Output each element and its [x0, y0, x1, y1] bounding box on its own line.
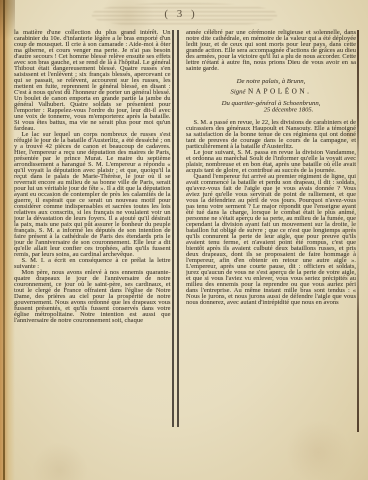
page-edge-mark: [357, 30, 359, 432]
right-paragraph-2: Le jour suivant, S. M. passa en revue la…: [186, 149, 356, 173]
left-column-text: la matière d'une collection du plus gran…: [14, 29, 171, 323]
right-paragraph-3: Quand l'empereur fut arrivé au premier r…: [186, 173, 356, 305]
signature-line: SignéNAPOLÉON.: [186, 89, 356, 95]
page-number: ( 3 ): [0, 8, 360, 20]
column-divider-rule: [172, 30, 179, 427]
scanned-gazette-page: ( 3 ) la matière d'une collection du plu…: [0, 0, 368, 480]
left-paragraph-4: Mon père, nous avons enlevé à nos ennemi…: [14, 269, 171, 323]
right-opening-paragraph: année célébré par une cérémonie religieu…: [186, 29, 356, 71]
spine-fold-line: [3, 0, 5, 480]
left-paragraph-1: la matière d'une collection du plus gran…: [14, 29, 171, 131]
dateline-palace: De notre palais, à Brunn,: [186, 78, 356, 84]
dateline-date: 25 décembre 1805.: [186, 107, 356, 113]
right-column: année célébré par une cérémonie religieu…: [186, 29, 356, 433]
signature-prefix: Signé: [231, 88, 246, 96]
signature-name: NAPOLÉON.: [248, 88, 311, 96]
left-paragraph-2: Le lac sur lequel un corps nombreux de r…: [14, 131, 171, 257]
right-column-text: année célébré par une cérémonie religieu…: [186, 29, 356, 305]
right-paragraph-1: S. M. a passé en revue, le 22, les divis…: [186, 119, 356, 149]
left-column: la matière d'une collection du plus gran…: [14, 29, 171, 433]
